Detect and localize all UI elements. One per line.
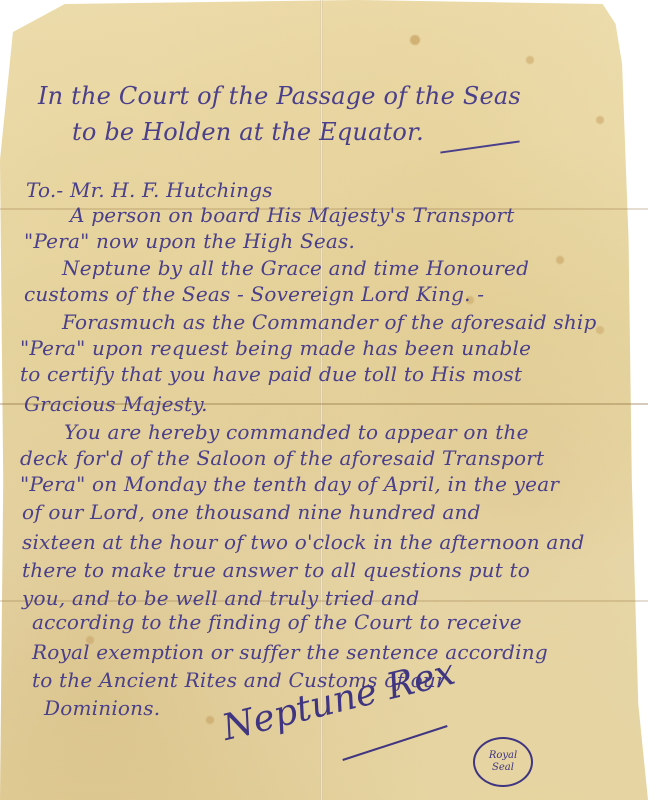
body-line: Neptune by all the Grace and time Honour… [62, 256, 529, 280]
signature-underline [342, 725, 447, 761]
body-line: Forasmuch as the Commander of the afores… [62, 310, 597, 334]
body-line: to certify that you have paid due toll t… [20, 362, 522, 386]
body-line: Dominions. [44, 696, 160, 720]
body-line: You are hereby commanded to appear on th… [64, 420, 529, 444]
body-line: "Pera" now upon the High Seas. [24, 229, 355, 253]
body-line: sixteen at the hour of two o'clock in th… [22, 530, 585, 554]
heading-line-2: to be Holden at the Equator. [72, 118, 424, 146]
body-line: A person on board His Majesty's Transpor… [70, 203, 515, 227]
seal-line-1: Royal [489, 750, 517, 762]
body-line: customs of the Seas - Sovereign Lord Kin… [24, 282, 484, 306]
handwritten-summons: In the Court of the Passage of the Seas … [0, 0, 656, 800]
body-line: Royal exemption or suffer the sentence a… [32, 640, 548, 664]
addressee: To.- Mr. H. F. Hutchings [26, 178, 273, 202]
seal-line-2: Seal [492, 762, 514, 774]
body-line: according to the finding of the Court to… [32, 610, 522, 634]
body-line: "Pera" upon request being made has been … [20, 336, 531, 360]
body-line: there to make true answer to all questio… [22, 558, 530, 582]
body-line: Gracious Majesty. [24, 392, 208, 416]
body-line: of our Lord, one thousand nine hundred a… [22, 500, 481, 524]
heading-line-1: In the Court of the Passage of the Seas [38, 82, 521, 110]
heading-underline [440, 140, 519, 153]
body-line: you, and to be well and truly tried and [22, 586, 419, 610]
royal-seal-stamp: Royal Seal [473, 737, 533, 787]
body-line: deck for'd of the Saloon of the aforesai… [20, 446, 544, 470]
body-line: "Pera" on Monday the tenth day of April,… [20, 472, 559, 496]
